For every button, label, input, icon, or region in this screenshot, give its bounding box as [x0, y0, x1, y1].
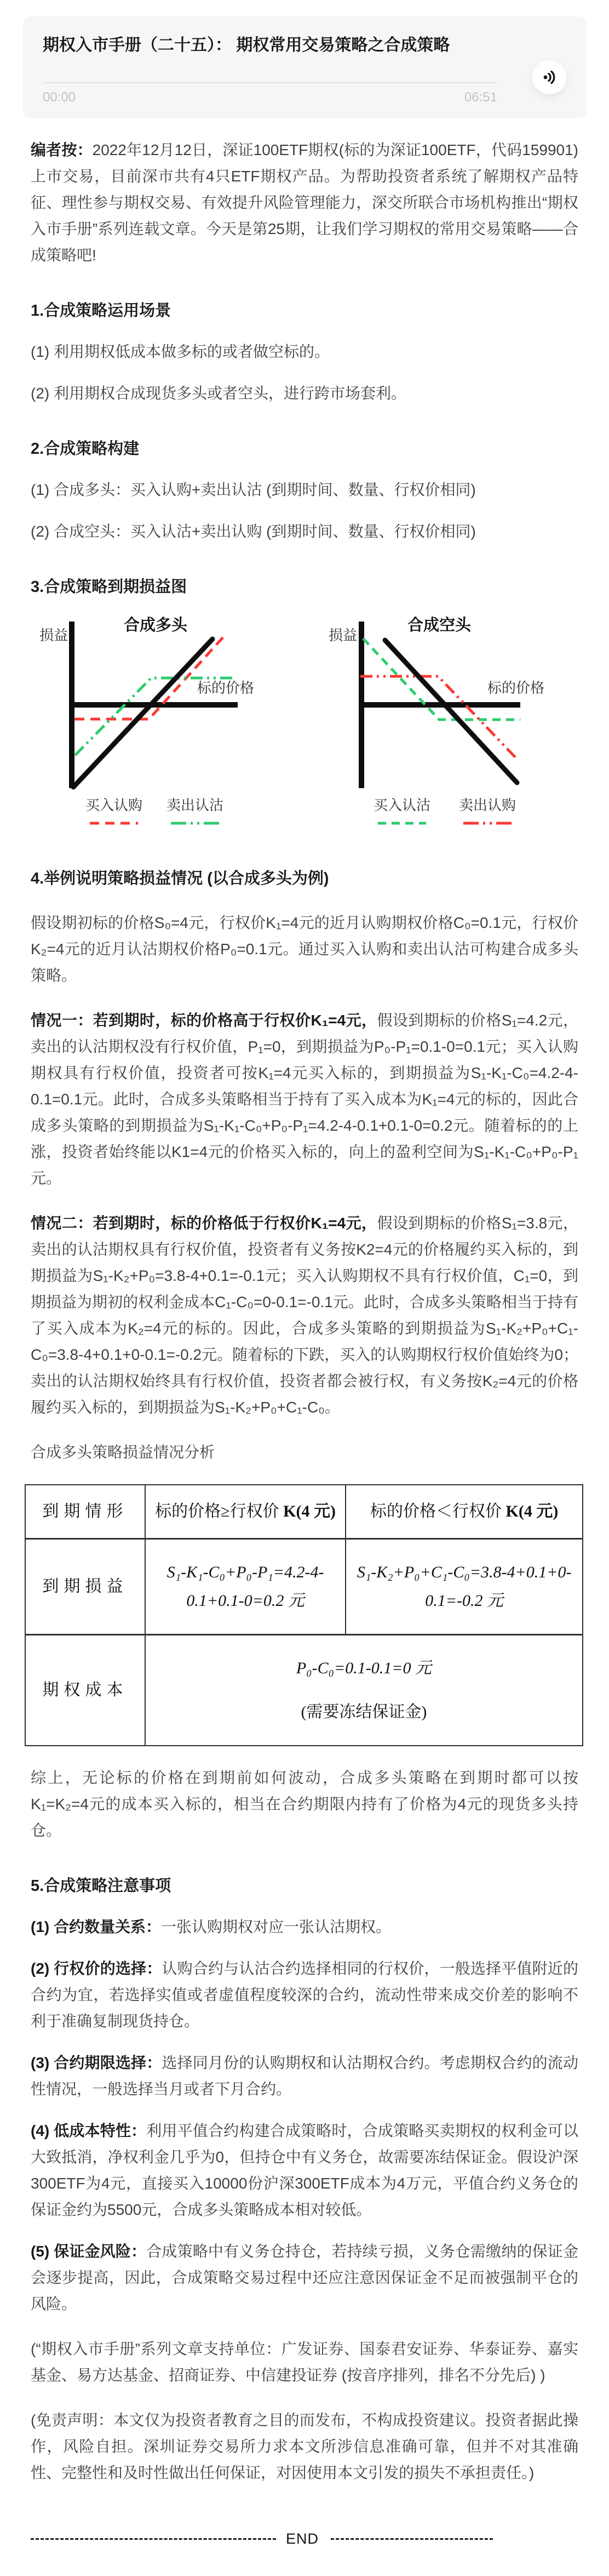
chart-title: 合成空头	[407, 615, 472, 634]
case-2-lead: 情况二：若到期时，标的价格低于行权价K₁=4元，	[31, 1215, 377, 1232]
synthetic-short-chart: 合成空头 损益 标的价格 买入认沽 卖出认购	[294, 606, 578, 836]
payoff-row-label: 到期损益	[25, 1539, 145, 1635]
speaker-icon	[540, 68, 559, 87]
cost-row-label: 期权成本	[25, 1635, 145, 1746]
payoff-lt-formula: S₁-K₂+P₀+C₁-C₀=3.8-4+0.1+0-0.1=-0.2 元	[346, 1539, 583, 1635]
case-1-text: 假设到期标的价格S₁=4.2元，卖出的认沽期权没有行权价值，P₁=0，到期损益为…	[31, 1012, 578, 1187]
legend-buy-call-label: 买入认购	[85, 797, 142, 813]
payoff-charts: 合成多头 损益 标的价格 买入认购 卖出认沽 合成空头 损益 标的价格	[31, 606, 578, 836]
section-1-heading: 1.合成策略运用场景	[31, 298, 578, 323]
table-caption: 合成多头策略损益情况分析	[31, 1439, 578, 1466]
synthetic-long-payoff-line	[73, 639, 212, 787]
note-4-lead: (4) 低成本特性：	[31, 2122, 146, 2139]
payoff-gte-formula: S₁-K₁-C₀+P₀-P₁=4.2-4-0.1+0.1-0=0.2 元	[145, 1539, 346, 1635]
note-3-paragraph: (3) 合约期限选择：选择同月份的认购期权和认沽期权合约。考虑期权合约的流动性情…	[31, 2050, 578, 2102]
table-corner-cell: 到期情形	[25, 1485, 145, 1539]
header-gte-strike: K(4 元)	[283, 1502, 336, 1520]
note-5-paragraph: (5) 保证金风险：合成策略中有义务仓持仓，若持续亏损，义务仓需缴纳的保证金会逐…	[31, 2238, 578, 2317]
end-label: END	[286, 2526, 319, 2552]
note-1-lead: (1) 合约数量关系：	[31, 1918, 161, 1935]
article-title: 期权入市手册（二十五）： 期权常用交易策略之合成策略	[43, 33, 566, 58]
table-payoff-row: 到期损益 S₁-K₁-C₀+P₀-P₁=4.2-4-0.1+0.1-0=0.2 …	[25, 1539, 583, 1635]
section-5-heading: 5.合成策略注意事项	[31, 1873, 578, 1899]
table-header-lt: 标的价格＜行权价 K(4 元)	[346, 1485, 583, 1539]
note-2-paragraph: (2) 行权价的选择：认购合约与认沽合约选择相同的行权价，一般选择平值附近的合约…	[31, 1956, 578, 2034]
synthetic-short-payoff-line	[385, 640, 517, 783]
legend-buy-put-label: 买入认沽	[374, 797, 430, 813]
intro-paragraph: 编者按：2022年12月12日，深证100ETF期权(标的为深证100ETF，代…	[31, 137, 578, 269]
audio-current-time: 00:00	[43, 90, 76, 105]
audio-times: 00:00 06:51	[43, 90, 497, 105]
header-gte-text: 标的价格≥行权价	[155, 1502, 283, 1520]
case-1-paragraph: 情况一：若到期时，标的价格高于行权价K₁=4元，假设到期标的价格S₁=4.2元，…	[31, 1007, 578, 1192]
header-lt-text: 标的价格＜行权价	[370, 1502, 506, 1520]
section-1-item-2: (2) 利用期权合成现货多头或者空头，进行跨市场套利。	[31, 380, 578, 407]
table-header-row: 到期情形 标的价格≥行权价 K(4 元) 标的价格＜行权价 K(4 元)	[25, 1485, 583, 1539]
section-3-heading: 3.合成策略到期损益图	[31, 574, 578, 600]
table-header-gte: 标的价格≥行权价 K(4 元)	[145, 1485, 346, 1539]
legend-sell-call-label: 卖出认购	[459, 797, 516, 813]
audio-player-card: 期权入市手册（二十五）： 期权常用交易策略之合成策略 00:00 06:51	[23, 16, 586, 118]
end-divider-left-dashes	[31, 2538, 276, 2540]
section-2-heading: 2.合成策略构建	[31, 436, 578, 461]
intro-text: 2022年12月12日，深证100ETF期权(标的为深证100ETF，代码159…	[31, 141, 578, 264]
article-body: 编者按：2022年12月12日，深证100ETF期权(标的为深证100ETF，代…	[0, 137, 609, 2576]
end-divider-right-dashes	[331, 2538, 493, 2540]
section-1-item-1: (1) 利用期权低成本做多标的或者做空标的。	[31, 339, 578, 365]
cost-formula: P₀-C₀=0.1-0.1=0 元	[152, 1654, 576, 1683]
table-cost-row: 期权成本 P₀-C₀=0.1-0.1=0 元 (需要冻结保证金)	[25, 1635, 583, 1746]
note-5-lead: (5) 保证金风险：	[31, 2243, 146, 2260]
case-2-text: 假设到期标的价格S₁=3.8元，卖出的认沽期权具有行权价值，投资者有义务按K2=…	[31, 1215, 578, 1416]
note-1-text: 一张认购期权对应一张认沽期权。	[161, 1918, 391, 1935]
note-2-lead: (2) 行权价的选择：	[31, 1960, 162, 1977]
legend-sell-put-label: 卖出认沽	[166, 797, 223, 813]
note-3-lead: (3) 合约期限选择：	[31, 2054, 162, 2071]
play-audio-button[interactable]	[532, 60, 566, 94]
x-axis-label: 标的价格	[197, 680, 254, 696]
note-1-paragraph: (1) 合约数量关系：一张认购期权对应一张认沽期权。	[31, 1914, 578, 1940]
end-divider: END	[31, 2526, 578, 2552]
case-1-lead: 情况一：若到期时，标的价格高于行权价K₁=4元，	[31, 1012, 377, 1029]
example-setup-paragraph: 假设期初标的价格S₀=4元，行权价K₁=4元的近月认购期权价格C₀=0.1元，行…	[31, 910, 578, 989]
intro-lead: 编者按：	[31, 141, 93, 158]
audio-progress-bar[interactable]	[43, 82, 497, 83]
x-axis-label: 标的价格	[487, 680, 544, 696]
section-2-item-2: (2) 合成空头：买入认沽+卖出认购 (到期时间、数量、行权价相同)	[31, 518, 578, 545]
section-4-heading: 4.举例说明策略损益情况 (以合成多头为例)	[31, 866, 578, 891]
note-4-paragraph: (4) 低成本特性：利用平值合约构建合成策略时，合成策略买卖期权的权利金可以大致…	[31, 2118, 578, 2223]
cost-cell: P₀-C₀=0.1-0.1=0 元 (需要冻结保证金)	[145, 1635, 583, 1746]
summary-paragraph: 综上，无论标的价格在到期前如何波动，合成多头策略在到期时都可以按K₁=K₂=4元…	[31, 1765, 578, 1844]
audio-duration: 06:51	[464, 90, 497, 105]
section-2-item-1: (1) 合成多头：买入认购+卖出认沽 (到期时间、数量、行权价相同)	[31, 477, 578, 503]
y-axis-label: 损益	[39, 627, 68, 643]
chart-title: 合成多头	[124, 615, 188, 634]
synthetic-long-chart: 合成多头 损益 标的价格 买入认购 卖出认沽	[31, 606, 294, 836]
y-axis-label: 损益	[329, 627, 357, 643]
article-page: 期权入市手册（二十五）： 期权常用交易策略之合成策略 00:00 06:51 编…	[0, 16, 609, 2576]
support-units-paragraph: (“期权入市手册”系列文章支持单位：广发证券、国泰君安证券、华泰证券、嘉实基金、…	[31, 2336, 578, 2389]
payoff-table: 到期情形 标的价格≥行权价 K(4 元) 标的价格＜行权价 K(4 元) 到期损…	[25, 1484, 583, 1746]
cost-note: (需要冻结保证金)	[152, 1698, 576, 1726]
disclaimer-paragraph: (免责声明：本文仅为投资者教育之目的而发布，不构成投资建议。投资者据此操作，风险…	[31, 2407, 578, 2486]
case-2-paragraph: 情况二：若到期时，标的价格低于行权价K₁=4元，假设到期标的价格S₁=3.8元，…	[31, 1210, 578, 1421]
header-lt-strike: K(4 元)	[506, 1502, 559, 1520]
